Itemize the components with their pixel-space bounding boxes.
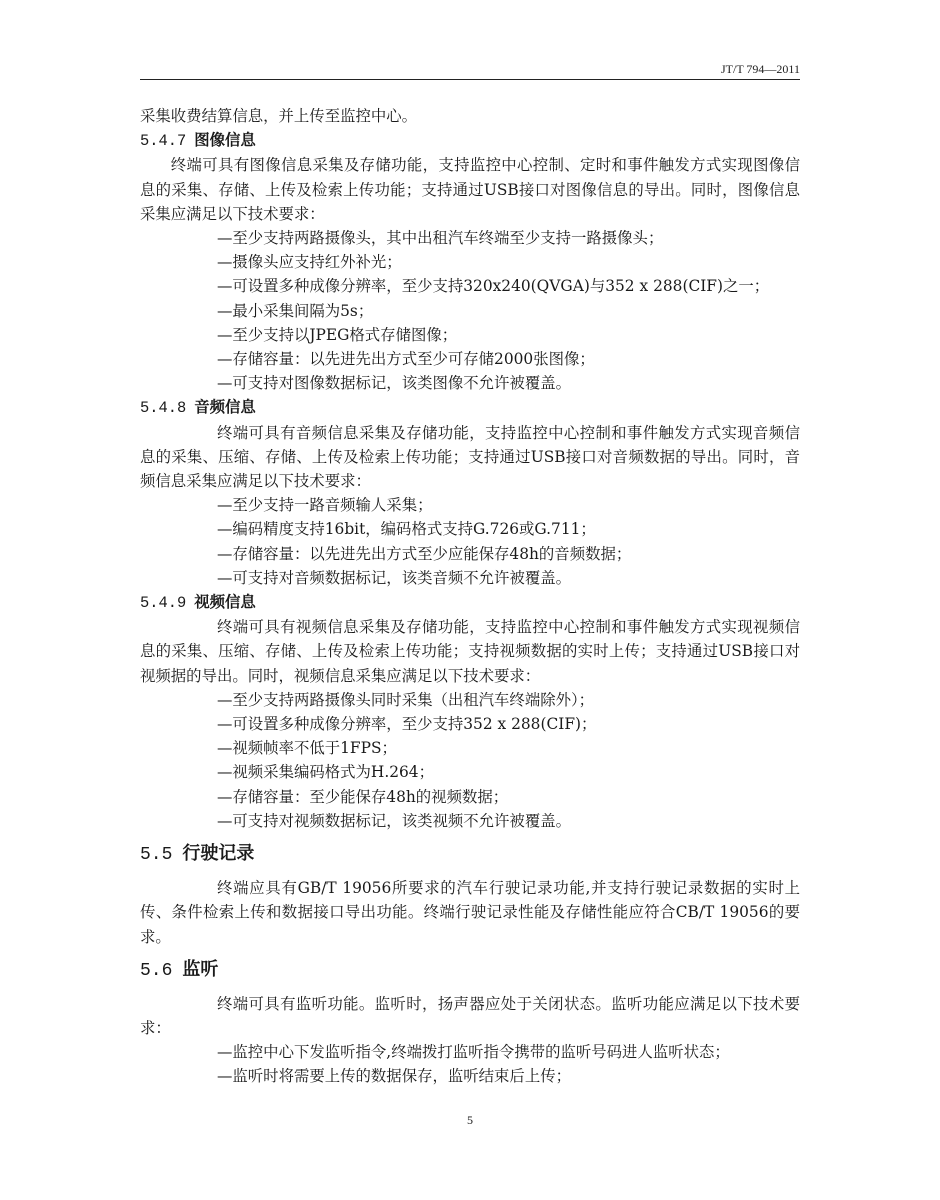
section-paragraph: 终端可具有音频信息采集及存储功能，支持监控中心控制和事件触发方式实现音频信息的采… <box>140 421 800 494</box>
section-heading-5-5: 5.5行驶记录 <box>140 841 800 868</box>
list-item: —监控中心下发监听指令,终端拨打监听指令携带的监听号码进人监听状态； <box>140 1040 800 1064</box>
header-rule <box>140 79 800 80</box>
list-item: —摄像头应支持红外补光； <box>140 250 800 274</box>
list-item: —最小采集间隔为5s； <box>140 299 800 323</box>
list-item: —存储容量：以先进先出方式至少可存储2000张图像； <box>140 347 800 371</box>
section-paragraph: 终端可具有图像信息采集及存储功能，支持监控中心控制、定时和事件触发方式实现图像信… <box>140 153 800 226</box>
list-item: —至少支持两路摄像头同时采集（出租汽车终端除外）； <box>140 688 800 712</box>
header-doc-code: JT/T 794—2011 <box>721 62 800 77</box>
list-item: —视频帧率不低于1FPS； <box>140 736 800 760</box>
section-heading-5-4-9: 5.4.9视频信息 <box>140 590 800 615</box>
section-number: 5.4.9 <box>140 594 186 612</box>
list-item: —可设置多种成像分辨率，至少支持352 x 288(CIF)； <box>140 712 800 736</box>
section-number: 5.6 <box>140 961 172 981</box>
list-item: —编码精度支持16bit，编码格式支持G.726或G.711； <box>140 517 800 541</box>
list-item: —可支持对音频数据标记，该类音频不允许被覆盖。 <box>140 566 800 590</box>
list-item: —可支持对图像数据标记，该类图像不允许被覆盖。 <box>140 371 800 395</box>
list-item: —监听时将需要上传的数据保存，监听结束后上传； <box>140 1064 800 1088</box>
continuation-paragraph: 采集收费结算信息，并上传至监控中心。 <box>140 104 800 128</box>
list-item: —至少支持两路摄像头，其中出租汽车终端至少支持一路摄像头； <box>140 226 800 250</box>
page-number: 5 <box>0 1113 940 1128</box>
section-heading-5-4-7: 5.4.7图像信息 <box>140 128 800 153</box>
list-item: —可支持对视频数据标记，该类视频不允许被覆盖。 <box>140 809 800 833</box>
section-title: 行驶记录 <box>182 843 254 864</box>
section-heading-5-4-8: 5.4.8音频信息 <box>140 395 800 420</box>
list-item: —可设置多种成像分辨率，至少支持320x240(QVGA)与352 x 288(… <box>140 274 800 298</box>
section-number: 5.5 <box>140 845 172 865</box>
list-item: —至少支持一路音频输人采集； <box>140 493 800 517</box>
section-paragraph: 终端应具有GB/T 19056所要求的汽车行驶记录功能,并支持行驶记录数据的实时… <box>140 876 800 949</box>
list-item: —存储容量：至少能保存48h的视频数据； <box>140 785 800 809</box>
list-item: —存储容量：以先进先出方式至少应能保存48h的音频数据； <box>140 542 800 566</box>
section-paragraph: 终端可具有视频信息采集及存储功能，支持监控中心控制和事件触发方式实现视频信息的采… <box>140 615 800 688</box>
page-body: 采集收费结算信息，并上传至监控中心。 5.4.7图像信息 终端可具有图像信息采集… <box>140 104 800 1089</box>
section-title: 监听 <box>182 959 218 980</box>
list-item: —至少支持以JPEG格式存储图像； <box>140 323 800 347</box>
section-heading-5-6: 5.6监听 <box>140 957 800 984</box>
section-title: 视频信息 <box>194 593 256 611</box>
section-paragraph: 终端可具有监听功能。监听时，扬声器应处于关闭状态。监听功能应满足以下技术要求： <box>140 992 800 1040</box>
section-number: 5.4.8 <box>140 399 186 417</box>
section-title: 音频信息 <box>194 398 256 416</box>
section-title: 图像信息 <box>194 131 256 149</box>
section-number: 5.4.7 <box>140 132 186 150</box>
list-item: —视频采集编码格式为H.264； <box>140 760 800 784</box>
